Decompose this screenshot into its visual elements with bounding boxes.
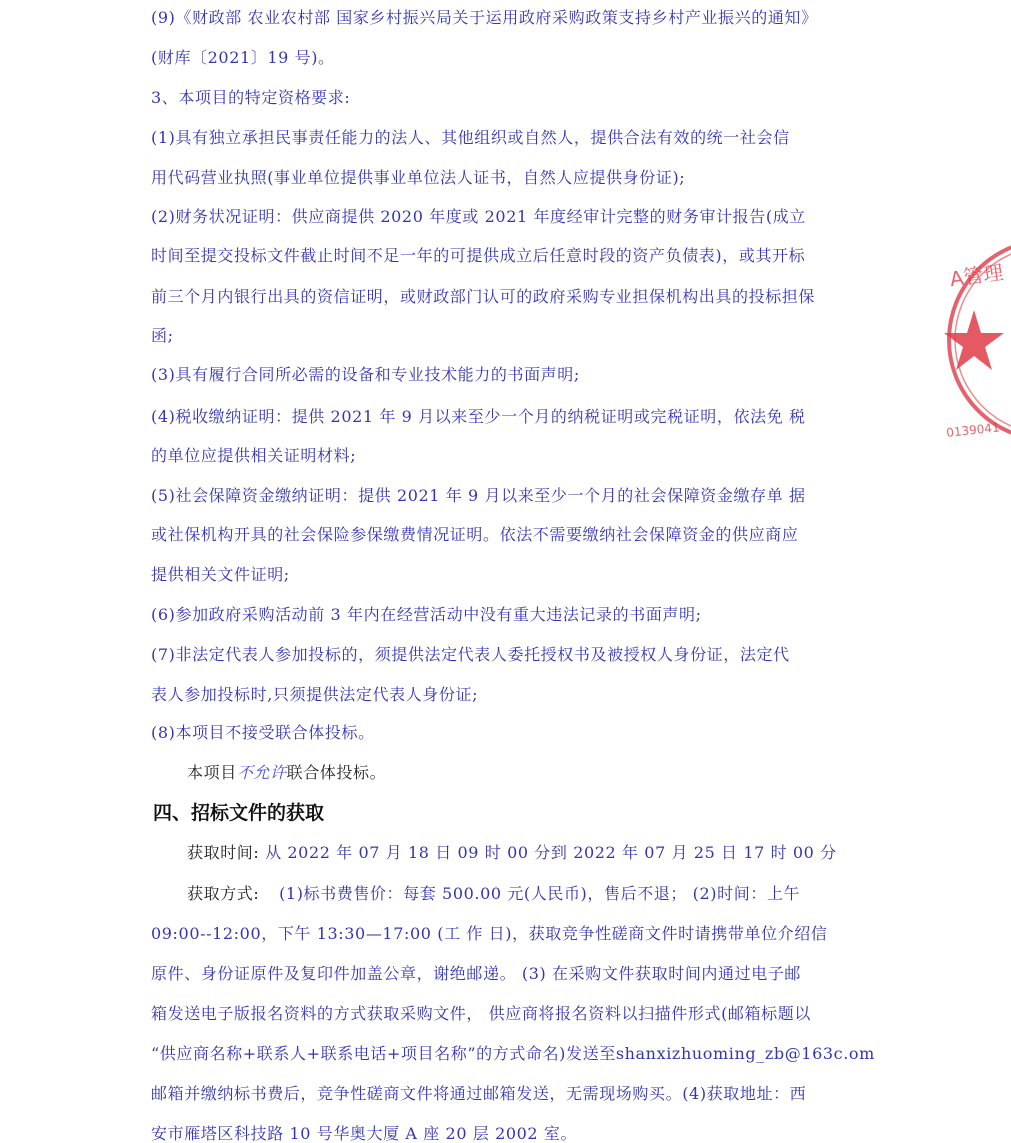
svg-text:0139041: 0139041 [946,420,1001,440]
text-line: 时间至提交投标文件截止时间不足一年的可提供成立后任意时段的资产负债表)，或其开标 [151,243,805,266]
text-line: 表人参加投标时,只须提供法定代表人身份证; [151,682,478,705]
official-seal-stamp: A管理 0139041 [944,238,1011,448]
text-line: 原件、身份证原件及复印件加盖公章，谢绝邮递。 (3) 在采购文件获取时间内通过电… [151,961,801,984]
text-line: 前三个月内银行出具的资信证明，或财政部门认可的政府采购专业担保机构出具的投标担保 [151,284,815,307]
text-line: (2)财务状况证明：供应商提供 2020 年度或 2021 年度经审计完整的财务… [151,204,806,227]
text-line: 的单位应提供相关证明材料; [151,443,356,466]
text-line: (8)本项目不接受联合体投标。 [151,720,375,743]
acquisition-time-value: 从 2022 年 07 月 18 日 09 时 00 分到 2022 年 07 … [265,843,837,862]
text-line: 函; [151,323,174,346]
text-line: 3、本项目的特定资格要求: [151,85,350,108]
address-line: 安市雁塔区科技路 10 号华奥大厦 A 座 20 层 2002 室。 [151,1121,577,1143]
text-line: 或社保机构开具的社会保险参保缴费情况证明。依法不需要缴纳社会保障资金的供应商应 [151,522,798,545]
text-line: (5)社会保障资金缴纳证明：提供 2021 年 9 月以来至少一个月的社会保障资… [151,483,806,506]
text-line: (1)具有独立承担民事责任能力的法人、其他组织或自然人，提供合法有效的统一社会信 [151,125,790,148]
text-line: 用代码营业执照(事业单位提供事业单位法人证书，自然人应提供身份证); [151,165,685,188]
text-line: (3)具有履行合同所必需的设备和专业技术能力的书面声明; [151,362,580,385]
seal-star-icon: A管理 0139041 [944,238,1011,448]
svg-text:A管理: A管理 [948,260,1005,291]
acquisition-time-label: 获取时间: [187,843,259,862]
email-line: “供应商名称+联系人+联系电话+项目名称”的方式命名)发送至shanxizhuo… [151,1041,875,1064]
acquisition-method-first: (1)标书费售价：每套 500.00 元(人民币)，售后不退； (2)时间：上午 [279,884,800,903]
text-line: (6)参加政府采购活动前 3 年内在经营活动中没有重大违法记录的书面声明; [151,602,702,625]
acquisition-time: 获取时间: 从 2022 年 07 月 18 日 09 时 00 分到 2022… [187,840,837,863]
text-line: 提供相关文件证明; [151,562,290,585]
consortium-suffix: 联合体投标。 [287,763,387,782]
text-line: (财库〔2021〕19 号)。 [151,45,335,68]
consortium-prefix: 本项目 [187,763,237,782]
acquisition-method-label: 获取方式: [187,884,259,903]
consortium-statement: 本项目不允许联合体投标。 [187,760,386,783]
text-line: 箱发送电子版报名资料的方式获取采购文件， 供应商将报名资料以扫描件形式(邮箱标题… [151,1001,811,1024]
acquisition-method: 获取方式: (1)标书费售价：每套 500.00 元(人民币)，售后不退； (2… [187,881,800,904]
consortium-value: 不允许 [237,763,287,782]
text-line: 09:00--12:00，下午 13:30—17:00 (工 作 日)，获取竞争… [151,921,827,944]
text-line: (9)《财政部 农业农村部 国家乡村振兴局关于运用政府采购政策支持乡村产业振兴的… [151,5,818,28]
text-line: (4)税收缴纳证明：提供 2021 年 9 月以来至少一个月的纳税证明或完税证明… [151,404,806,427]
text-line: 邮箱并缴纳标书费后，竞争性磋商文件将通过邮箱发送，无需现场购买。(4)获取地址：… [151,1081,806,1104]
text-line: (7)非法定代表人参加投标的，须提供法定代表人委托授权书及被授权人身份证，法定代 [151,642,790,665]
section-heading: 四、招标文件的获取 [153,798,324,825]
